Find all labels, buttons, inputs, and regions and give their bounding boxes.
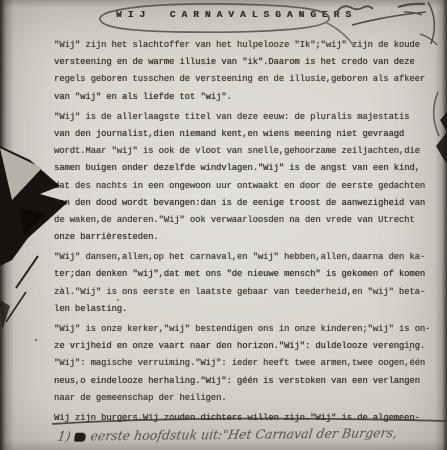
- text-line: onze barrièresteden.: [54, 229, 444, 246]
- text-line: wordt.Maar "wij" is ook de vloot van sne…: [54, 143, 444, 160]
- page-title: WIJ CARNAVALSGANGERS: [116, 9, 357, 20]
- text-line: "Wij" dansen,allen,op het carnaval,en "w…: [54, 249, 444, 266]
- text-line: samen buigen onder dezelfde windvlagen."…: [54, 160, 444, 177]
- text-line: dat des nachts in een ongewoon uur ontwa…: [54, 178, 444, 195]
- text-line: ze vrijheid en onze vaart naar den horiz…: [54, 338, 444, 355]
- text-line: "Wij" is onze kerker,"wij" bestendigen o…: [54, 321, 444, 338]
- ink-blot: [74, 433, 86, 442]
- text-line: regels geboren tusschen de versteening e…: [54, 71, 444, 88]
- text-line: van "wij" en als liefde tot "wij".: [54, 89, 444, 106]
- footnote-marker: 1): [57, 429, 72, 444]
- text-line: ter;dan denken "wij",dat met ons "de nie…: [54, 266, 444, 283]
- text-line: neus,o eindelooze herhaling."Wij": géén …: [54, 373, 444, 390]
- handwritten-footnote: 1)eerste hoofdstuk uit:"Het Carnaval der…: [57, 425, 440, 444]
- text-line: aan den dood wordt bevangen:dan is de ee…: [54, 195, 444, 212]
- text-line: Wij zijn burgers.Wij zouden dichters wil…: [54, 410, 444, 427]
- text-line: van den journalist,dien niemand kent,en …: [54, 126, 444, 143]
- text-line: "Wij" zijn het slachtoffer van het hulpe…: [54, 37, 444, 54]
- text-line: "Wij" is de allerlaagste titel van deze …: [54, 109, 444, 126]
- text-line: "Wij": magische verruiming."Wij": ieder …: [54, 355, 444, 372]
- text-line: versteening en de warme illusie van "ik"…: [54, 54, 444, 71]
- text-line: de waken,de anderen."Wij" ook verwaarloo…: [54, 212, 444, 229]
- text-line: len belasting.: [54, 301, 444, 318]
- text-line: zàl."Wij" is ons eerste en laatste gebaa…: [54, 284, 444, 301]
- scanned-page: WIJ CARNAVALSGANGERS "Wij" zijn het slac…: [0, 0, 447, 450]
- typewritten-text: "Wij" zijn het slachtoffer van het hulpe…: [54, 37, 444, 427]
- footnote-text: eerste hoofdstuk uit:"Het Carnaval der B…: [89, 425, 398, 443]
- text-line: naar de gemeenschap der heiligen.: [54, 390, 444, 407]
